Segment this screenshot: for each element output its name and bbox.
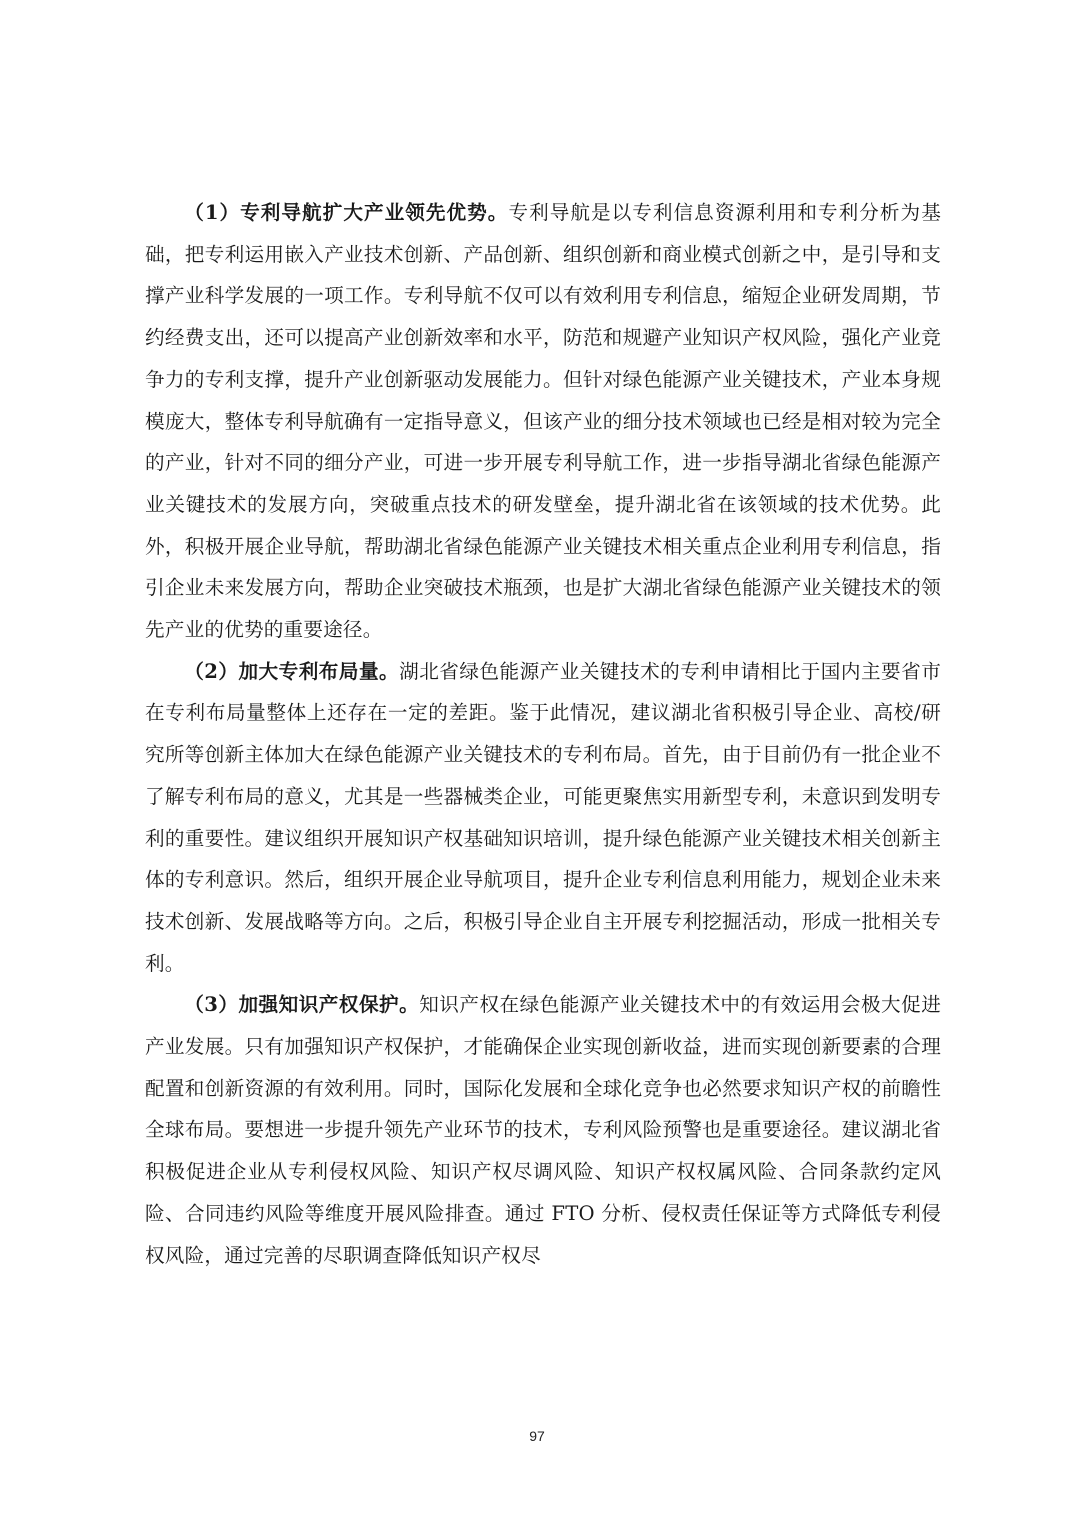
paragraph-body: 专利导航是以专利信息资源利用和专利分析为基础，把专利运用嵌入产业技术创新、产品创… [145,201,941,641]
paragraph-heading: （2）加大专利布局量。 [184,660,399,683]
paragraph-ip-protection: （3）加强知识产权保护。知识产权在绿色能源产业关键技术中的有效运用会极大促进产业… [145,984,941,1276]
paragraph-body: 湖北省绿色能源产业关键技术的专利申请相比于国内主要省市在专利布局量整体上还存在一… [145,660,941,975]
body-text: （1）专利导航扩大产业领先优势。专利导航是以专利信息资源利用和专利分析为基础，把… [145,192,941,1276]
paragraph-patent-layout: （2）加大专利布局量。湖北省绿色能源产业关键技术的专利申请相比于国内主要省市在专… [145,651,941,985]
paragraph-body: 知识产权在绿色能源产业关键技术中的有效运用会极大促进产业发展。只有加强知识产权保… [145,993,941,1266]
paragraph-heading: （3）加强知识产权保护。 [184,993,419,1016]
page-number: 97 [0,1428,1074,1444]
paragraph-patent-navigation: （1）专利导航扩大产业领先优势。专利导航是以专利信息资源利用和专利分析为基础，把… [145,192,941,651]
paragraph-heading: （1）专利导航扩大产业领先优势。 [184,201,508,224]
document-page: （1）专利导航扩大产业领先优势。专利导航是以专利信息资源利用和专利分析为基础，把… [0,0,1074,1520]
